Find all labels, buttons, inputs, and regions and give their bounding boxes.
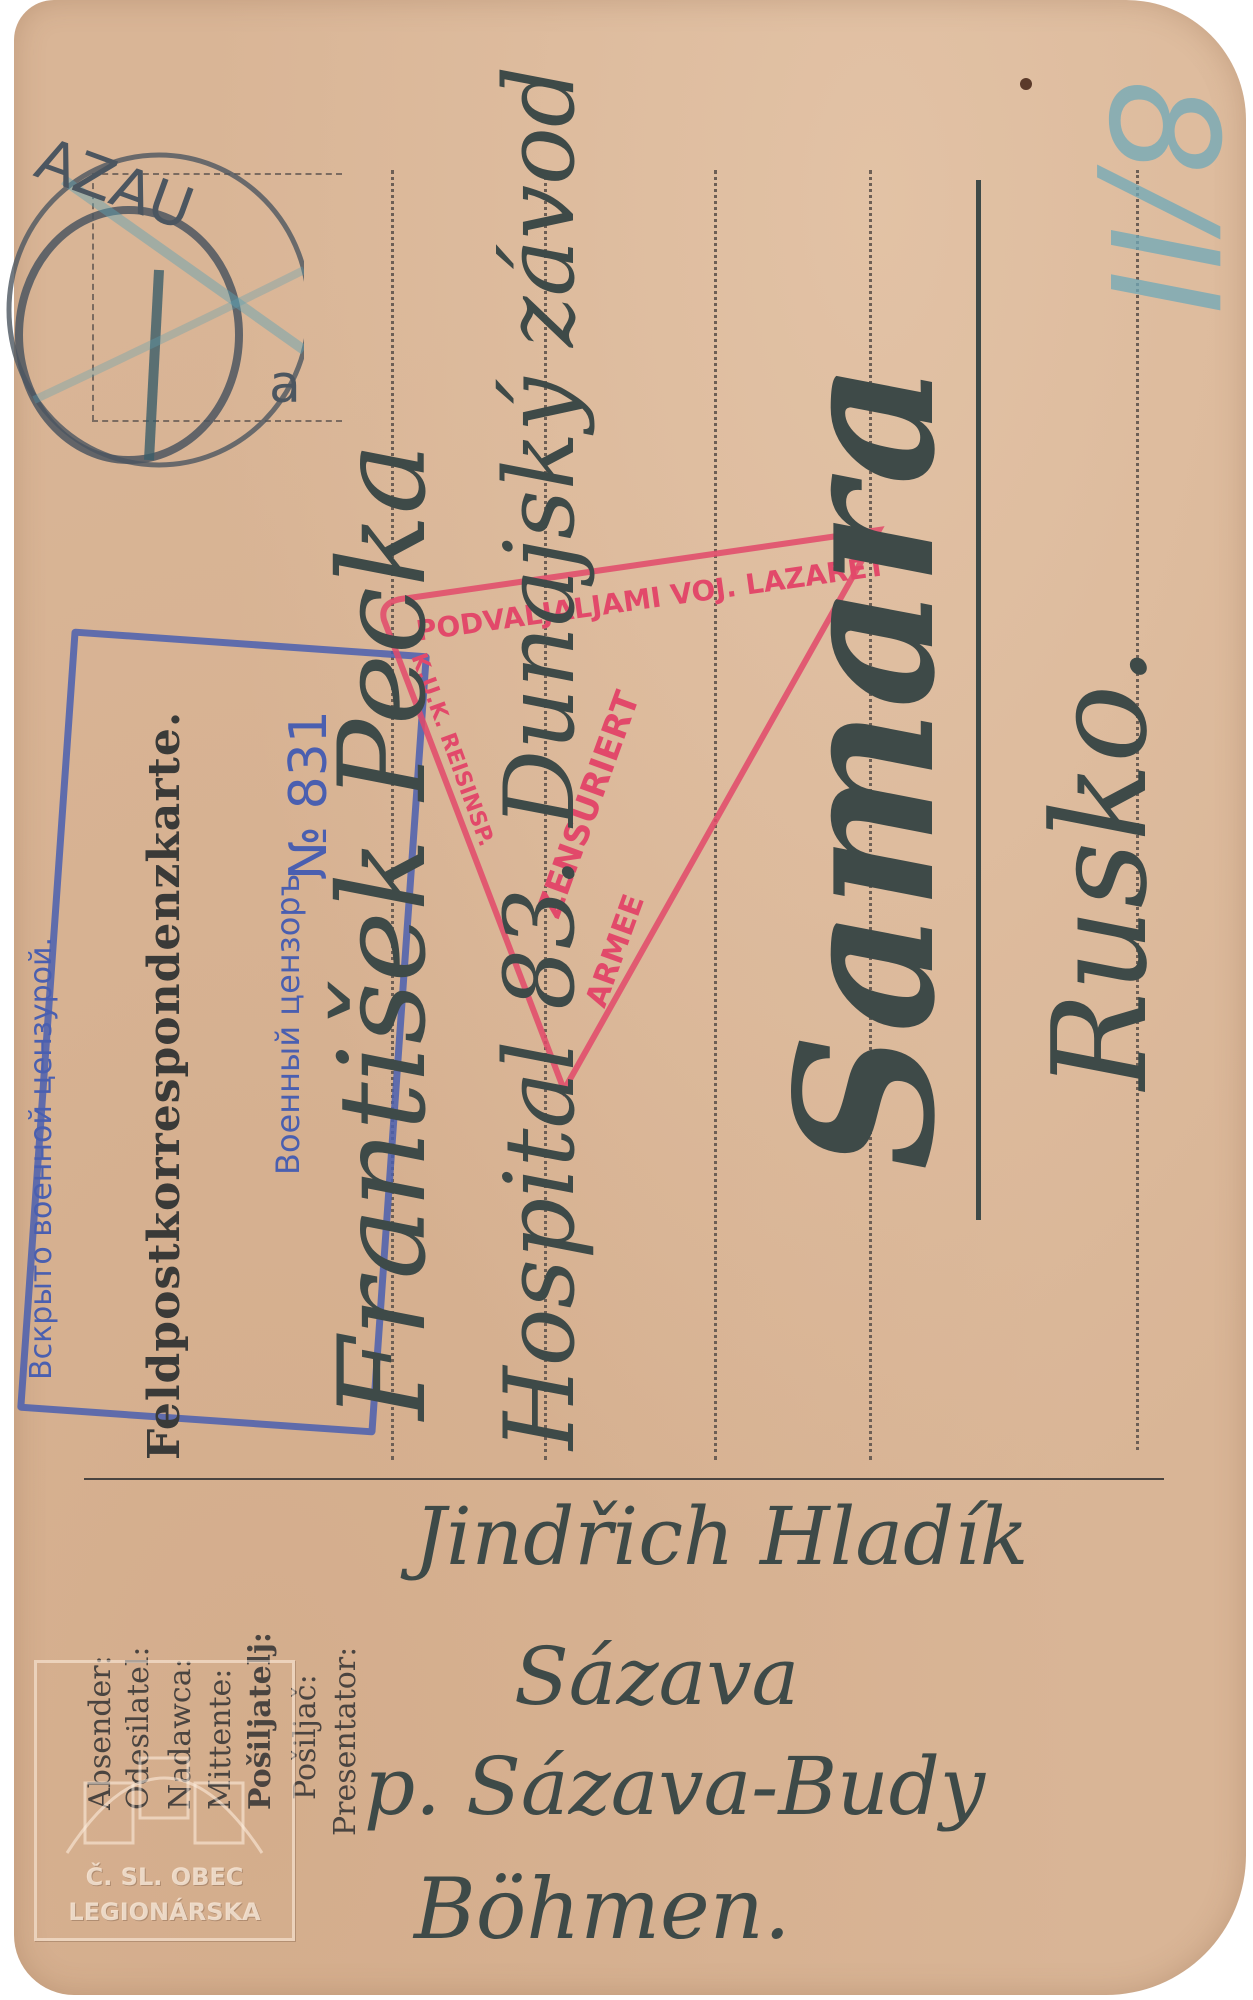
coat-of-arms-icon <box>37 1663 292 1863</box>
sender-name: Jindřich Hladík <box>414 1490 1028 1583</box>
recipient-name: František Pecka <box>314 443 453 1420</box>
recipient-city: Samara <box>754 362 977 1170</box>
censor-line2: Военный цензоръ <box>269 874 307 1175</box>
recipient-country: Rusko. <box>1024 646 1176 1090</box>
sender-line2: Sázava <box>514 1630 799 1723</box>
postcard: AZAU a 8/II Вскрыто военной цензурой. Во… <box>14 0 1246 1995</box>
sender-line3: p. Sázava-Budy <box>364 1740 985 1833</box>
pencil-note: 8/II <box>1075 80 1249 314</box>
embossed-seal: Č. SL. OBEC LEGIONÁRSKA <box>34 1660 295 1941</box>
recipient-line2: Hospital 83. Dunajský závod <box>484 66 596 1450</box>
paper-spot <box>1020 78 1032 90</box>
sender-line4: Böhmen. <box>414 1860 791 1958</box>
postmark-letter: a <box>269 355 301 415</box>
seal-line2: LEGIONÁRSKA <box>47 1898 282 1926</box>
card-title: Feldpostkorrespondenzkarte. <box>139 711 190 1460</box>
label-presentator: Presentator: <box>327 1647 365 1836</box>
seal-line1: Č. SL. OBEC <box>47 1863 282 1891</box>
divider-line <box>84 1478 1164 1480</box>
postmark: AZAU a <box>4 120 304 500</box>
censor-line1: Вскрыто военной цензурой. <box>24 937 59 1380</box>
